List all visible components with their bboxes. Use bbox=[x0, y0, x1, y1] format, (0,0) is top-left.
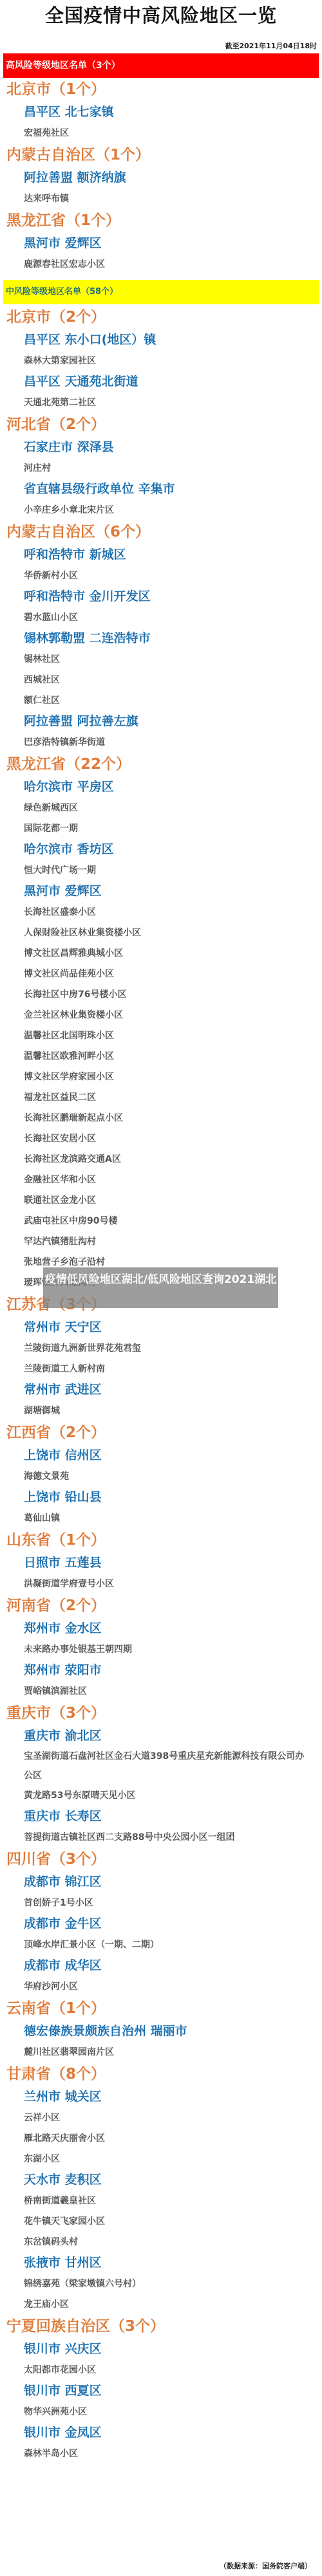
risk-location-item: 首创娇子1号小区 bbox=[0, 1893, 322, 1913]
risk-location-item: 兰陵街道工人新村南 bbox=[0, 1359, 322, 1379]
risk-location-item: 西城社区 bbox=[0, 670, 322, 690]
risk-location-item: 未来路办事处银基王朝四期 bbox=[0, 1639, 322, 1660]
data-source-note: （数据来源：国务院客户端） bbox=[220, 2561, 312, 2571]
city-district-heading: 银川市 金凤区 bbox=[0, 2422, 322, 2443]
city-district-heading: 昌平区 北七家镇 bbox=[0, 102, 322, 123]
risk-location-item: 联通社区金龙小区 bbox=[0, 1190, 322, 1211]
city-district-heading: 上饶市 铅山县 bbox=[0, 1487, 322, 1508]
risk-location-item: 桥南街道羲皇社区 bbox=[0, 2191, 322, 2211]
city-district-heading: 兰州市 城关区 bbox=[0, 2086, 322, 2108]
city-district-heading: 常州市 天宁区 bbox=[0, 1317, 322, 1338]
risk-location-item: 绿色新城西区 bbox=[0, 798, 322, 818]
risk-location-item: 长海社区盛泰小区 bbox=[0, 902, 322, 923]
caption-overlay: 疫情低风险地区湖北/低风险地区查询2021湖北 bbox=[43, 1267, 278, 1308]
updated-timestamp: 截至2021年11月04日18时 bbox=[225, 41, 317, 51]
risk-location-item: 长海社区鹏瑞新起点小区 bbox=[0, 1108, 322, 1128]
risk-location-item: 长海社区龙滨路交通A区 bbox=[0, 1149, 322, 1170]
province-header: 重庆市（3个） bbox=[0, 1702, 322, 1725]
risk-location-item: 麓川社区翡翠园南片区 bbox=[0, 2042, 322, 2063]
high-risk-banner: 高风险等级地区名单（3个） bbox=[3, 53, 319, 78]
risk-location-item: 金融社区华和小区 bbox=[0, 1170, 322, 1190]
city-district-heading: 成都市 金牛区 bbox=[0, 1913, 322, 1935]
province-header: 北京市（2个） bbox=[0, 306, 322, 329]
city-district-heading: 银川市 兴庆区 bbox=[0, 2339, 322, 2360]
risk-location-item: 博文社区尚品佳苑小区 bbox=[0, 964, 322, 984]
city-district-heading: 锡林郭勒盟 二连浩特市 bbox=[0, 628, 322, 649]
city-district-heading: 德宏傣族景颇族自治州 瑞丽市 bbox=[0, 2021, 322, 2042]
risk-location-item: 云祥小区 bbox=[0, 2108, 322, 2128]
risk-location-item: 东湖小区 bbox=[0, 2149, 322, 2169]
city-district-heading: 重庆市 渝北区 bbox=[0, 1725, 322, 1747]
city-district-heading: 阿拉善盟 额济纳旗 bbox=[0, 167, 322, 189]
city-district-heading: 张掖市 甘州区 bbox=[0, 2252, 322, 2274]
province-header: 黑龙江省（22个） bbox=[0, 753, 322, 777]
risk-location-item: 金兰社区林业集资楼小区 bbox=[0, 1005, 322, 1026]
high-risk-list: 北京市（1个）昌平区 北七家镇宏福苑社区内蒙古自治区（1个）阿拉善盟 额济纳旗达… bbox=[0, 78, 322, 275]
city-district-heading: 上饶市 信州区 bbox=[0, 1445, 322, 1466]
risk-location-item: 罕达汽镇猪肚沟村 bbox=[0, 1231, 322, 1252]
medium-risk-list: 北京市（2个）昌平区 东小口(地区）镇森林大第家园社区昌平区 天通苑北街道天通北… bbox=[0, 306, 322, 2464]
risk-location-item: 龙王庙小区 bbox=[0, 2294, 322, 2315]
city-district-heading: 呼和浩特市 新城区 bbox=[0, 544, 322, 566]
province-header: 江西省（2个） bbox=[0, 1421, 322, 1445]
risk-location-item: 葛仙山镇 bbox=[0, 1508, 322, 1529]
risk-location-item: 温馨社区北国明珠小区 bbox=[0, 1026, 322, 1046]
medium-risk-banner: 中风险等级地区名单（58个） bbox=[3, 280, 319, 304]
province-header: 河南省（2个） bbox=[0, 1594, 322, 1618]
risk-location-item: 福龙社区益民二区 bbox=[0, 1087, 322, 1108]
province-header: 山东省（1个） bbox=[0, 1529, 322, 1552]
city-district-heading: 省直辖县级行政单位 辛集市 bbox=[0, 479, 322, 500]
city-district-heading: 哈尔滨市 香坊区 bbox=[0, 839, 322, 860]
risk-location-item: 贾峪镇滨湖社区 bbox=[0, 1681, 322, 1702]
risk-location-item: 恒大时代广场一期 bbox=[0, 860, 322, 881]
province-header: 宁夏回族自治区（3个） bbox=[0, 2315, 322, 2339]
risk-location-item: 森林半岛小区 bbox=[0, 2443, 322, 2464]
city-district-heading: 呼和浩特市 金川开发区 bbox=[0, 586, 322, 607]
risk-location-item: 额仁社区 bbox=[0, 690, 322, 711]
province-header: 黑龙江省（1个） bbox=[0, 209, 322, 233]
risk-location-item: 宏福苑社区 bbox=[0, 123, 322, 143]
city-district-heading: 郑州市 荥阳市 bbox=[0, 1660, 322, 1681]
page-title: 全国疫情中高风险地区一览 bbox=[0, 4, 322, 27]
risk-location-item: 菩提街道古镇社区西二支路88号中央公园小区一组团 bbox=[0, 1827, 322, 1848]
city-district-heading: 成都市 成华区 bbox=[0, 1955, 322, 1976]
risk-location-item: 碧水蓝山小区 bbox=[0, 607, 322, 628]
risk-location-item: 湖塘御城 bbox=[0, 1401, 322, 1421]
risk-location-item: 武庙屯社区中房90号楼 bbox=[0, 1211, 322, 1231]
risk-location-item: 鹿源春社区宏志小区 bbox=[0, 254, 322, 275]
risk-location-item: 宝圣湖街道石盘河社区金石大道398号重庆星充新能源科技有限公司办公区 bbox=[0, 1747, 322, 1785]
risk-location-item: 锦绣嘉苑（梁家墩镇六号村） bbox=[0, 2274, 322, 2294]
province-header: 四川省（3个） bbox=[0, 1848, 322, 1872]
city-district-heading: 银川市 西夏区 bbox=[0, 2380, 322, 2402]
city-district-heading: 石家庄市 深泽县 bbox=[0, 437, 322, 458]
city-district-heading: 黑河市 爱辉区 bbox=[0, 233, 322, 254]
risk-location-item: 花牛镇天飞家园小区 bbox=[0, 2211, 322, 2232]
risk-location-item: 华侨新村小区 bbox=[0, 566, 322, 586]
risk-location-item: 小辛庄乡小章北宋片区 bbox=[0, 500, 322, 520]
risk-location-item: 国际花都一期 bbox=[0, 818, 322, 839]
province-header: 河北省（2个） bbox=[0, 413, 322, 437]
risk-location-item: 东岔镇码头村 bbox=[0, 2232, 322, 2252]
city-district-heading: 常州市 武进区 bbox=[0, 1379, 322, 1401]
risk-location-item: 人保财险社区林业集资楼小区 bbox=[0, 923, 322, 943]
risk-location-item: 达来呼布镇 bbox=[0, 189, 322, 209]
city-district-heading: 昌平区 东小口(地区）镇 bbox=[0, 329, 322, 351]
risk-location-item: 博文社区昌辉雅典城小区 bbox=[0, 943, 322, 964]
province-header: 内蒙古自治区（1个） bbox=[0, 143, 322, 167]
risk-location-item: 海德文景苑 bbox=[0, 1466, 322, 1487]
risk-location-item: 太阳都市花园小区 bbox=[0, 2360, 322, 2380]
risk-location-item: 长海社区中房76号楼小区 bbox=[0, 984, 322, 1005]
risk-location-item: 兰陵街道九洲新世界花苑君玺 bbox=[0, 1338, 322, 1359]
province-header: 内蒙古自治区（6个） bbox=[0, 520, 322, 544]
city-district-heading: 重庆市 长寿区 bbox=[0, 1806, 322, 1827]
province-header: 甘肃省（8个） bbox=[0, 2063, 322, 2086]
risk-location-item: 黄龙路53号东原晴天见小区 bbox=[0, 1785, 322, 1806]
risk-location-item: 河庄村 bbox=[0, 458, 322, 479]
risk-location-item: 华府沙河小区 bbox=[0, 1976, 322, 1997]
risk-location-item: 长海社区安居小区 bbox=[0, 1128, 322, 1149]
city-district-heading: 日照市 五莲县 bbox=[0, 1552, 322, 1574]
risk-location-item: 天通北苑第二社区 bbox=[0, 392, 322, 413]
city-district-heading: 哈尔滨市 平房区 bbox=[0, 777, 322, 798]
city-district-heading: 成都市 锦江区 bbox=[0, 1872, 322, 1893]
province-header: 云南省（1个） bbox=[0, 1997, 322, 2021]
risk-location-item: 物华兴洲苑小区 bbox=[0, 2402, 322, 2422]
risk-location-item: 博文社区学府家园小区 bbox=[0, 1067, 322, 1087]
risk-location-item: 洪凝街道学府壹号小区 bbox=[0, 1574, 322, 1594]
risk-location-item: 温馨社区欧雅河畔小区 bbox=[0, 1046, 322, 1067]
risk-location-item: 森林大第家园社区 bbox=[0, 351, 322, 371]
city-district-heading: 黑河市 爱辉区 bbox=[0, 881, 322, 902]
city-district-heading: 天水市 麦积区 bbox=[0, 2169, 322, 2191]
risk-location-item: 顶峰水岸汇景小区（一期、二期） bbox=[0, 1935, 322, 1955]
risk-location-item: 巴彦浩特镇新华街道 bbox=[0, 732, 322, 753]
risk-location-item: 锡林社区 bbox=[0, 649, 322, 670]
city-district-heading: 昌平区 天通苑北街道 bbox=[0, 371, 322, 392]
city-district-heading: 阿拉善盟 阿拉善左旗 bbox=[0, 711, 322, 732]
province-header: 北京市（1个） bbox=[0, 78, 322, 102]
risk-location-item: 雁北路天庆丽舍小区 bbox=[0, 2128, 322, 2149]
city-district-heading: 郑州市 金水区 bbox=[0, 1618, 322, 1639]
